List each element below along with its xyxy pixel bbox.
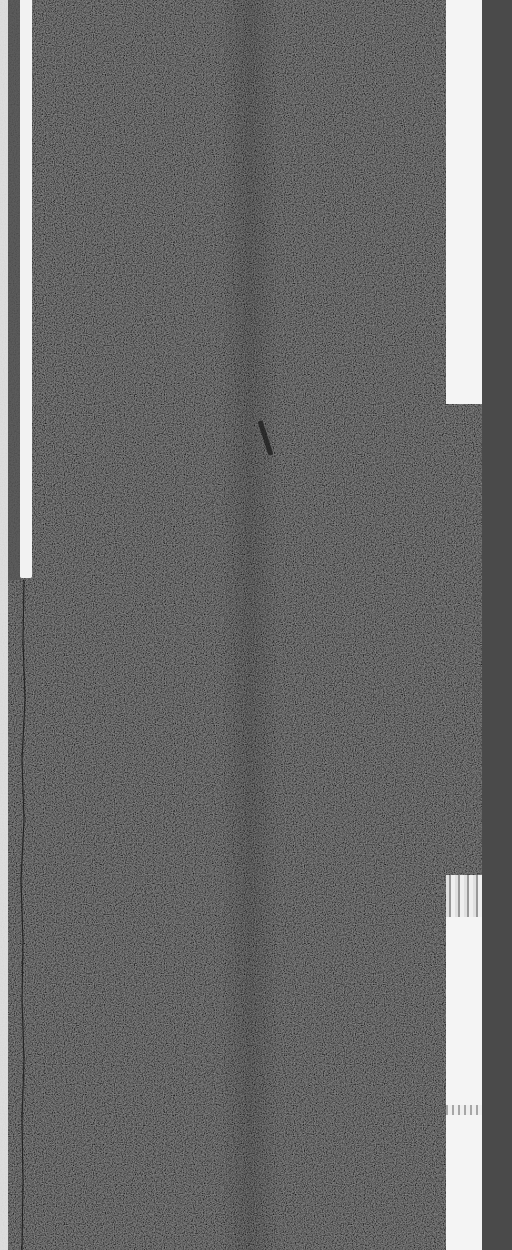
wheel-track-shade (220, 0, 280, 1250)
road-surface-photo (0, 0, 512, 1250)
left-shoulder (0, 0, 8, 1250)
worn-paint-patch (446, 875, 482, 917)
lane-dash-lower (446, 875, 482, 1250)
lane-dash-upper (446, 0, 482, 404)
worn-paint-band (446, 1105, 482, 1115)
right-shoulder (482, 0, 512, 1250)
left-edge-line (20, 0, 32, 578)
left-gutter (8, 0, 20, 580)
